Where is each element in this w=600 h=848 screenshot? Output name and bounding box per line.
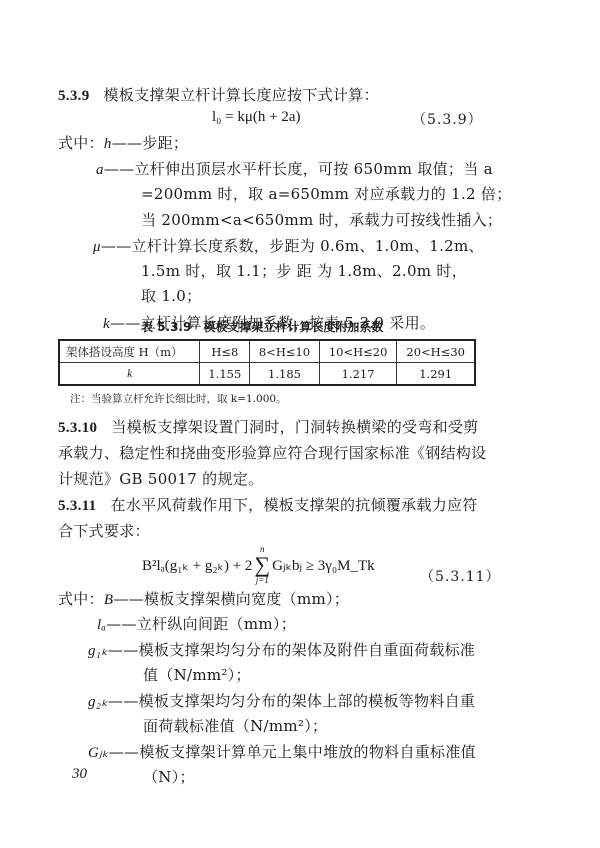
table-cell: 1.185 [250,363,320,386]
section-5-3-11-line1: 5.3.11在水平风荷载作用下，模板支撑架的抗倾覆承载力应符 [58,495,478,516]
section-5-3-11-line2: 合下式要求： [58,521,150,541]
def-a: a——立杆伸出顶层水平杆长度，可按 650mm 取值；当 a [96,159,493,180]
table-cell: 1.155 [200,363,250,386]
table-header-cell: 20<H≤30 [397,340,475,363]
section-number: 5.3.9 [58,88,90,104]
def-a-cont1: =200mm 时，取 a=650mm 对应承载力的 1.2 倍； [141,184,512,204]
def-gjk-cont: （N）； [143,767,195,787]
page-number: 30 [72,766,87,783]
equation-number: （5.3.9） [412,109,483,129]
table-header-cell: 架体搭设高度 H（m） [59,340,200,363]
def-g1k-cont: 值（N/mm²）； [143,665,251,685]
table-row: k 1.155 1.185 1.217 1.291 [59,363,475,386]
coefficient-table: 架体搭设高度 H（m） H≤8 8<H≤10 10<H≤20 20<H≤30 k… [58,339,476,386]
table-header-row: 架体搭设高度 H（m） H≤8 8<H≤10 10<H≤20 20<H≤30 [59,340,475,363]
table-caption: 表 5.3.9 模板支撑架立杆计算长度附加系数 [141,318,383,335]
equation-number: （5.3.11） [420,566,501,586]
table-header-cell: 10<H≤20 [319,340,397,363]
table-cell: 1.291 [397,363,475,386]
section-title: 模板支撑架立杆计算长度应按下式计算： [104,86,379,104]
table-note: 注：当验算立杆允许长细比时，取 k=1.000。 [70,391,287,406]
def-la: lₐ——立杆纵向间距（mm）； [97,614,296,635]
def-mu-cont1: 1.5m 时，取 1.1；步 距 为 1.8m、2.0m 时， [141,261,467,281]
table-cell: k [59,363,200,386]
def-mu: μ——立杆计算长度系数，步距为 0.6m、1.0m、1.2m、 [93,236,484,257]
section-5-3-10-line3: 计规范》GB 50017 的规定。 [58,469,263,489]
section-5-3-10-line1: 5.3.10当模板支撑架设置门洞时，门洞转换横梁的受弯和受剪 [58,417,479,438]
def-mu-cont2: 取 1.0； [141,286,201,306]
summation-symbol: n ∑ j=1 [254,545,270,585]
table-cell: 1.217 [319,363,397,386]
where-label-2: 式中：B——模板支撑架横向宽度（mm）； [58,589,349,610]
equation-5-3-11: B²lₐ(g₁ₖ + g₂ₖ) + 2 n ∑ j=1 Gⱼₖbⱼ ≥ 3γ₀M… [142,545,375,585]
def-g2k-cont: 面荷载标准值（N/mm²）； [143,716,327,736]
table-header-cell: 8<H≤10 [250,340,320,363]
where-label: 式中：h——步距； [58,133,188,154]
section-5-3-10-line2: 承载力、稳定性和挠曲变形验算应符合现行国家标准《钢结构设 [58,443,486,463]
table-header-cell: H≤8 [200,340,250,363]
equation-5-3-9: l₀ = kμ(h + 2a) [212,109,301,126]
def-g2k: g₂ₖ——模板支撑架均匀分布的架体上部的模板等物料自重 [88,691,475,712]
def-g1k: g₁ₖ——模板支撑架均匀分布的架体及附件自重面荷载标准 [88,640,475,661]
def-a-cont2: 当 200mm<a<650mm 时，承载力可按线性插入； [141,210,502,230]
section-5-3-9-heading: 5.3.9模板支撑架立杆计算长度应按下式计算： [58,85,379,106]
def-gjk: Gⱼₖ——模板支撑架计算单元上集中堆放的物料自重标准值 [88,742,476,763]
